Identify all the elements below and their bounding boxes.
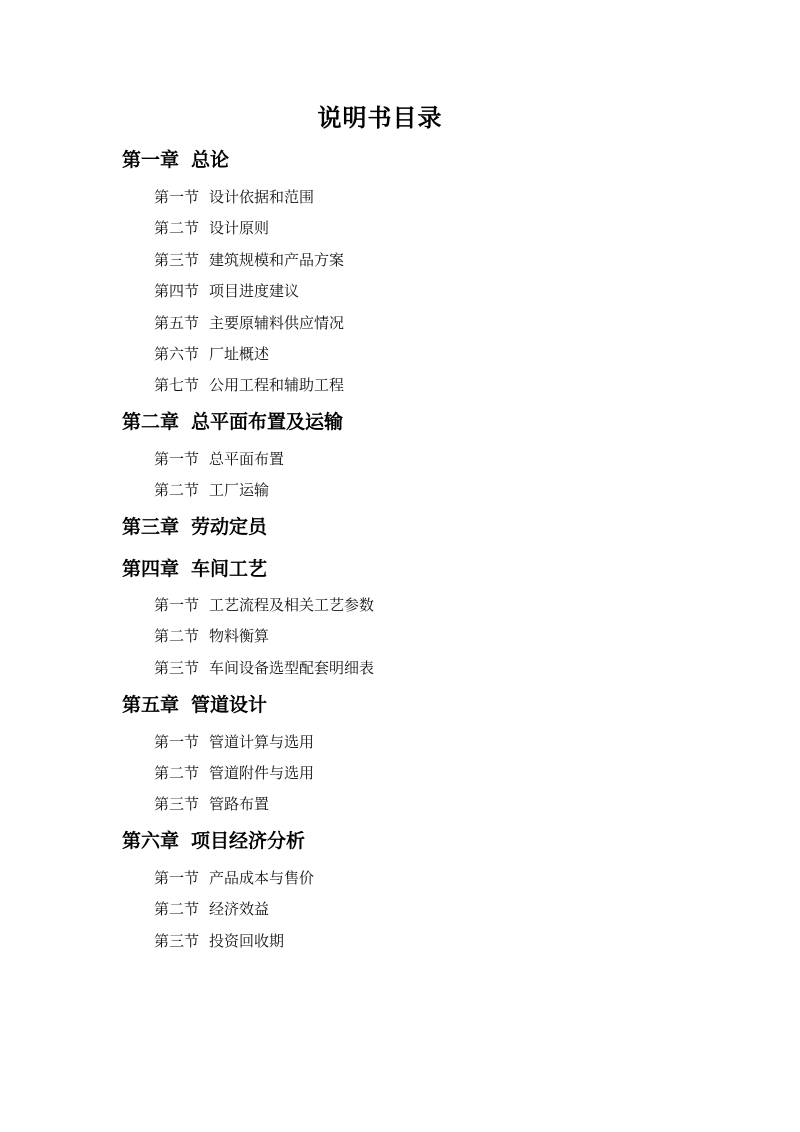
toc-section[interactable]: 第六节厂址概述 [154,343,269,365]
chapter-title: 总论 [191,149,229,171]
section-number: 第三节 [154,657,199,679]
page-title: 说明书目录 [0,100,760,136]
section-number: 第三节 [154,249,199,271]
toc-section[interactable]: 第二节经济效益 [154,898,269,920]
section-title: 工厂运输 [209,481,269,499]
section-number: 第一节 [154,186,199,208]
section-number: 第二节 [154,217,199,239]
toc-section[interactable]: 第五节主要原辅料供应情况 [154,312,344,334]
toc-section[interactable]: 第二节管道附件与选用 [154,762,314,784]
section-title: 工艺流程及相关工艺参数 [209,596,374,614]
section-title: 厂址概述 [209,345,269,363]
toc-chapter[interactable]: 第一章总论 [122,147,229,173]
toc-section[interactable]: 第三节管路布置 [154,793,269,815]
section-number: 第二节 [154,625,199,647]
section-title: 管道附件与选用 [209,764,314,782]
section-title: 主要原辅料供应情况 [209,314,344,332]
section-title: 设计原则 [209,219,269,237]
toc-section[interactable]: 第七节公用工程和辅助工程 [154,374,344,396]
toc-section[interactable]: 第三节建筑规模和产品方案 [154,249,344,271]
section-number: 第二节 [154,898,199,920]
section-number: 第一节 [154,867,199,889]
chapter-number: 第五章 [122,692,179,718]
section-number: 第四节 [154,280,199,302]
toc-section[interactable]: 第四节项目进度建议 [154,280,299,302]
chapter-title: 劳动定员 [191,516,267,538]
section-number: 第六节 [154,343,199,365]
toc-section[interactable]: 第一节工艺流程及相关工艺参数 [154,594,374,616]
chapter-title: 车间工艺 [191,558,267,580]
section-title: 经济效益 [209,900,269,918]
chapter-title: 项目经济分析 [191,830,305,852]
section-title: 项目进度建议 [209,282,299,300]
section-number: 第三节 [154,930,199,952]
section-number: 第五节 [154,312,199,334]
chapter-number: 第二章 [122,409,179,435]
section-title: 公用工程和辅助工程 [209,376,344,394]
toc-section[interactable]: 第一节总平面布置 [154,448,284,470]
section-number: 第三节 [154,793,199,815]
toc-chapter[interactable]: 第二章总平面布置及运输 [122,409,343,435]
section-title: 设计依据和范围 [209,188,314,206]
chapter-number: 第四章 [122,556,179,582]
section-title: 产品成本与售价 [209,869,314,887]
section-number: 第七节 [154,374,199,396]
section-number: 第一节 [154,731,199,753]
section-title: 管道计算与选用 [209,733,314,751]
chapter-number: 第六章 [122,828,179,854]
chapter-title: 总平面布置及运输 [191,411,343,433]
section-title: 建筑规模和产品方案 [209,251,344,269]
section-title: 总平面布置 [209,450,284,468]
section-number: 第一节 [154,448,199,470]
toc-section[interactable]: 第三节车间设备选型配套明细表 [154,657,374,679]
toc-section[interactable]: 第一节管道计算与选用 [154,731,314,753]
section-title: 车间设备选型配套明细表 [209,659,374,677]
section-number: 第二节 [154,479,199,501]
chapter-number: 第三章 [122,514,179,540]
toc-chapter[interactable]: 第四章车间工艺 [122,556,267,582]
toc-section[interactable]: 第二节物料衡算 [154,625,269,647]
toc-section[interactable]: 第三节投资回收期 [154,930,284,952]
toc-chapter[interactable]: 第五章管道设计 [122,692,267,718]
toc-chapter[interactable]: 第三章劳动定员 [122,514,267,540]
section-number: 第二节 [154,762,199,784]
toc-section[interactable]: 第二节工厂运输 [154,479,269,501]
section-number: 第一节 [154,594,199,616]
toc-section[interactable]: 第一节产品成本与售价 [154,867,314,889]
chapter-number: 第一章 [122,147,179,173]
section-title: 管路布置 [209,795,269,813]
toc-section[interactable]: 第一节设计依据和范围 [154,186,314,208]
toc-chapter[interactable]: 第六章项目经济分析 [122,828,305,854]
section-title: 投资回收期 [209,932,284,950]
chapter-title: 管道设计 [191,694,267,716]
section-title: 物料衡算 [209,627,269,645]
toc-section[interactable]: 第二节设计原则 [154,217,269,239]
document-page: 说明书目录 第一章总论 第一节设计依据和范围 第二节设计原则 第三节建筑规模和产… [0,0,800,1132]
